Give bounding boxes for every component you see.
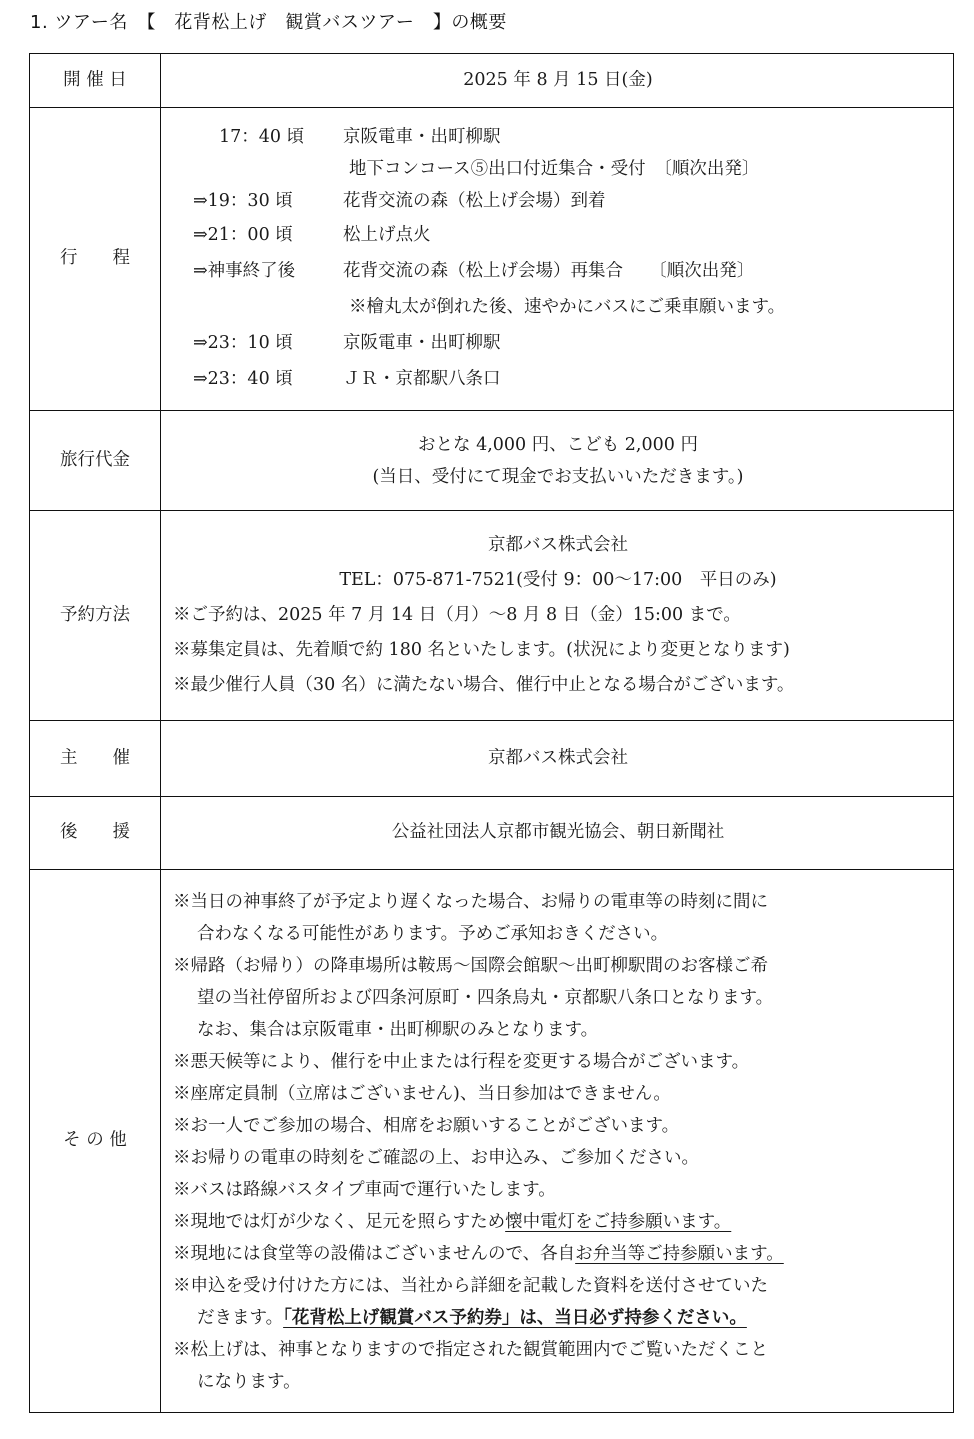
reservation-note: ※ご予約は、2025 年 7 月 14 日（月）～8 月 8 日（金）15:00…: [173, 598, 943, 633]
itinerary-desc: 地下コンコース⑤出口付近集合・受付 〔順次出発〕: [193, 153, 943, 185]
other-note: ※悪天候等により、催行を中止または行程を変更する場合がございます。: [173, 1046, 943, 1078]
reservation-note: ※最少催行人員（30 名）に満たない場合、催行中止となる場合がございます。: [173, 668, 943, 703]
value-other: ※当日の神事終了が予定より遅くなった場合、お帰りの電車等の時刻に間に 合わなくな…: [161, 870, 954, 1413]
itinerary-item: ⇒23：10 頃 京阪電車・出町柳駅: [193, 325, 943, 361]
label-organizer: 主 催: [30, 721, 161, 797]
other-note: ※当日の神事終了が予定より遅くなった場合、お帰りの電車等の時刻に間に: [173, 886, 943, 918]
itinerary-time: ⇒21：00 頃: [193, 217, 343, 253]
label-support: 後 援: [30, 797, 161, 870]
row-support: 後 援 公益社団法人京都市観光協会、朝日新聞社: [30, 797, 954, 870]
section-title: 1. ツアー名 【 花背松上げ 観賞バスツアー 】の概要: [30, 8, 507, 34]
row-date: 開 催 日 2025 年 8 月 15 日(金): [30, 54, 954, 108]
itinerary-item: ⇒23：40 頃 ＪＲ・京都駅八条口: [193, 361, 943, 397]
itinerary-item: 地下コンコース⑤出口付近集合・受付 〔順次出発〕: [193, 153, 943, 185]
other-note: ※帰路（お帰り）の降車場所は鞍馬～国際会館駅～出町柳駅間のお客様ご希: [173, 950, 943, 982]
itinerary-desc: 京阪電車・出町柳駅: [343, 121, 943, 153]
ticket-emphasis: 「花背松上げ観賞バス予約券」は、当日必ず持参ください。: [283, 1308, 747, 1328]
value-reservation: 京都バス株式会社 TEL：075-871-7521(受付 9：00～17:00 …: [161, 511, 954, 721]
itinerary-desc: 京阪電車・出町柳駅: [343, 325, 943, 361]
row-reservation: 予約方法 京都バス株式会社 TEL：075-871-7521(受付 9：00～1…: [30, 511, 954, 721]
label-reservation: 予約方法: [30, 511, 161, 721]
label-itinerary: 行 程: [30, 108, 161, 411]
row-price: 旅行代金 おとな 4,000 円、こども 2,000 円 (当日、受付にて現金で…: [30, 411, 954, 511]
value-price: おとな 4,000 円、こども 2,000 円 (当日、受付にて現金でお支払いい…: [161, 411, 954, 511]
itinerary-time: ⇒23：40 頃: [193, 361, 343, 397]
itinerary-desc: 松上げ点火: [343, 217, 943, 253]
tour-overview-table: 開 催 日 2025 年 8 月 15 日(金) 行 程 17：40 頃 京阪電…: [29, 53, 954, 1413]
other-note-ticket-cont: だきます。「花背松上げ観賞バス予約券」は、当日必ず持参ください。: [173, 1302, 943, 1334]
reservation-note: ※募集定員は、先着順で約 180 名といたします。(状況により変更となります): [173, 633, 943, 668]
reservation-tel: TEL：075-871-7521(受付 9：00～17:00 平日のみ): [173, 563, 943, 598]
itinerary-desc: ※檜丸太が倒れた後、速やかにバスにご乗車願います。: [193, 289, 943, 325]
flashlight-text: ※現地では灯が少なく、足元を照らすため: [173, 1212, 505, 1232]
other-note-cont: 合わなくなる可能性があります。予めご承知おきください。: [173, 918, 943, 950]
itinerary-time: ⇒19：30 頃: [193, 185, 343, 217]
itinerary-time: 17：40 頃: [193, 121, 343, 153]
value-support: 公益社団法人京都市観光協会、朝日新聞社: [161, 797, 954, 870]
flashlight-emphasis: 懐中電灯をご持参願います。: [505, 1212, 731, 1232]
other-note-cont: 望の当社停留所および四条河原町・四条烏丸・京都駅八条口となります。: [173, 982, 943, 1014]
other-note-lunch: ※現地には食堂等の設備はございませんので、各自お弁当等ご持参願います。: [173, 1238, 943, 1270]
ticket-text: だきます。: [197, 1308, 283, 1328]
other-note: ※バスは路線バスタイプ車両で運行いたします。: [173, 1174, 943, 1206]
itinerary-item: ⇒21：00 頃 松上げ点火: [193, 217, 943, 253]
value-date: 2025 年 8 月 15 日(金): [161, 54, 954, 108]
itinerary-item: ※檜丸太が倒れた後、速やかにバスにご乗車願います。: [193, 289, 943, 325]
reservation-company: 京都バス株式会社: [173, 528, 943, 563]
itinerary-item: 17：40 頃 京阪電車・出町柳駅: [193, 121, 943, 153]
price-payment-note: (当日、受付にて現金でお支払いいただきます。): [173, 461, 943, 493]
price-amounts: おとな 4,000 円、こども 2,000 円: [173, 429, 943, 461]
row-itinerary: 行 程 17：40 頃 京阪電車・出町柳駅 地下コンコース⑤出口付近集合・受付 …: [30, 108, 954, 411]
other-note: ※座席定員制（立席はございません)、当日参加はできません。: [173, 1078, 943, 1110]
other-note-viewing: ※松上げは、神事となりますので指定された観賞範囲内でご覧いただくこと: [173, 1334, 943, 1366]
row-organizer: 主 催 京都バス株式会社: [30, 721, 954, 797]
other-note-cont: なお、集合は京阪電車・出町柳駅のみとなります。: [173, 1014, 943, 1046]
value-organizer: 京都バス株式会社: [161, 721, 954, 797]
itinerary-schedule: 17：40 頃 京阪電車・出町柳駅 地下コンコース⑤出口付近集合・受付 〔順次出…: [173, 121, 943, 397]
other-note-flashlight: ※現地では灯が少なく、足元を照らすため懐中電灯をご持参願います。: [173, 1206, 943, 1238]
itinerary-desc: ＪＲ・京都駅八条口: [343, 361, 943, 397]
label-other: そ の 他: [30, 870, 161, 1413]
label-date: 開 催 日: [30, 54, 161, 108]
other-note-viewing-cont: になります。: [173, 1366, 943, 1398]
row-other: そ の 他 ※当日の神事終了が予定より遅くなった場合、お帰りの電車等の時刻に間に…: [30, 870, 954, 1413]
itinerary-item: ⇒神事終了後 花背交流の森（松上げ会場）再集合 〔順次出発〕: [193, 253, 943, 289]
itinerary-item: ⇒19：30 頃 花背交流の森（松上げ会場）到着: [193, 185, 943, 217]
lunch-emphasis: お弁当等ご持参願います。: [575, 1244, 784, 1264]
label-price: 旅行代金: [30, 411, 161, 511]
value-itinerary: 17：40 頃 京阪電車・出町柳駅 地下コンコース⑤出口付近集合・受付 〔順次出…: [161, 108, 954, 411]
lunch-text: ※現地には食堂等の設備はございませんので、各自: [173, 1244, 575, 1264]
other-note: ※お帰りの電車の時刻をご確認の上、お申込み、ご参加ください。: [173, 1142, 943, 1174]
other-note-ticket: ※申込を受け付けた方には、当社から詳細を記載した資料を送付させていた: [173, 1270, 943, 1302]
itinerary-desc: 花背交流の森（松上げ会場）到着: [343, 185, 943, 217]
itinerary-time: ⇒神事終了後: [193, 253, 343, 289]
itinerary-time: ⇒23：10 頃: [193, 325, 343, 361]
itinerary-desc: 花背交流の森（松上げ会場）再集合 〔順次出発〕: [343, 253, 943, 289]
other-note: ※お一人でご参加の場合、相席をお願いすることがございます。: [173, 1110, 943, 1142]
document-page: 1. ツアー名 【 花背松上げ 観賞バスツアー 】の概要 開 催 日 2025 …: [0, 0, 974, 1439]
